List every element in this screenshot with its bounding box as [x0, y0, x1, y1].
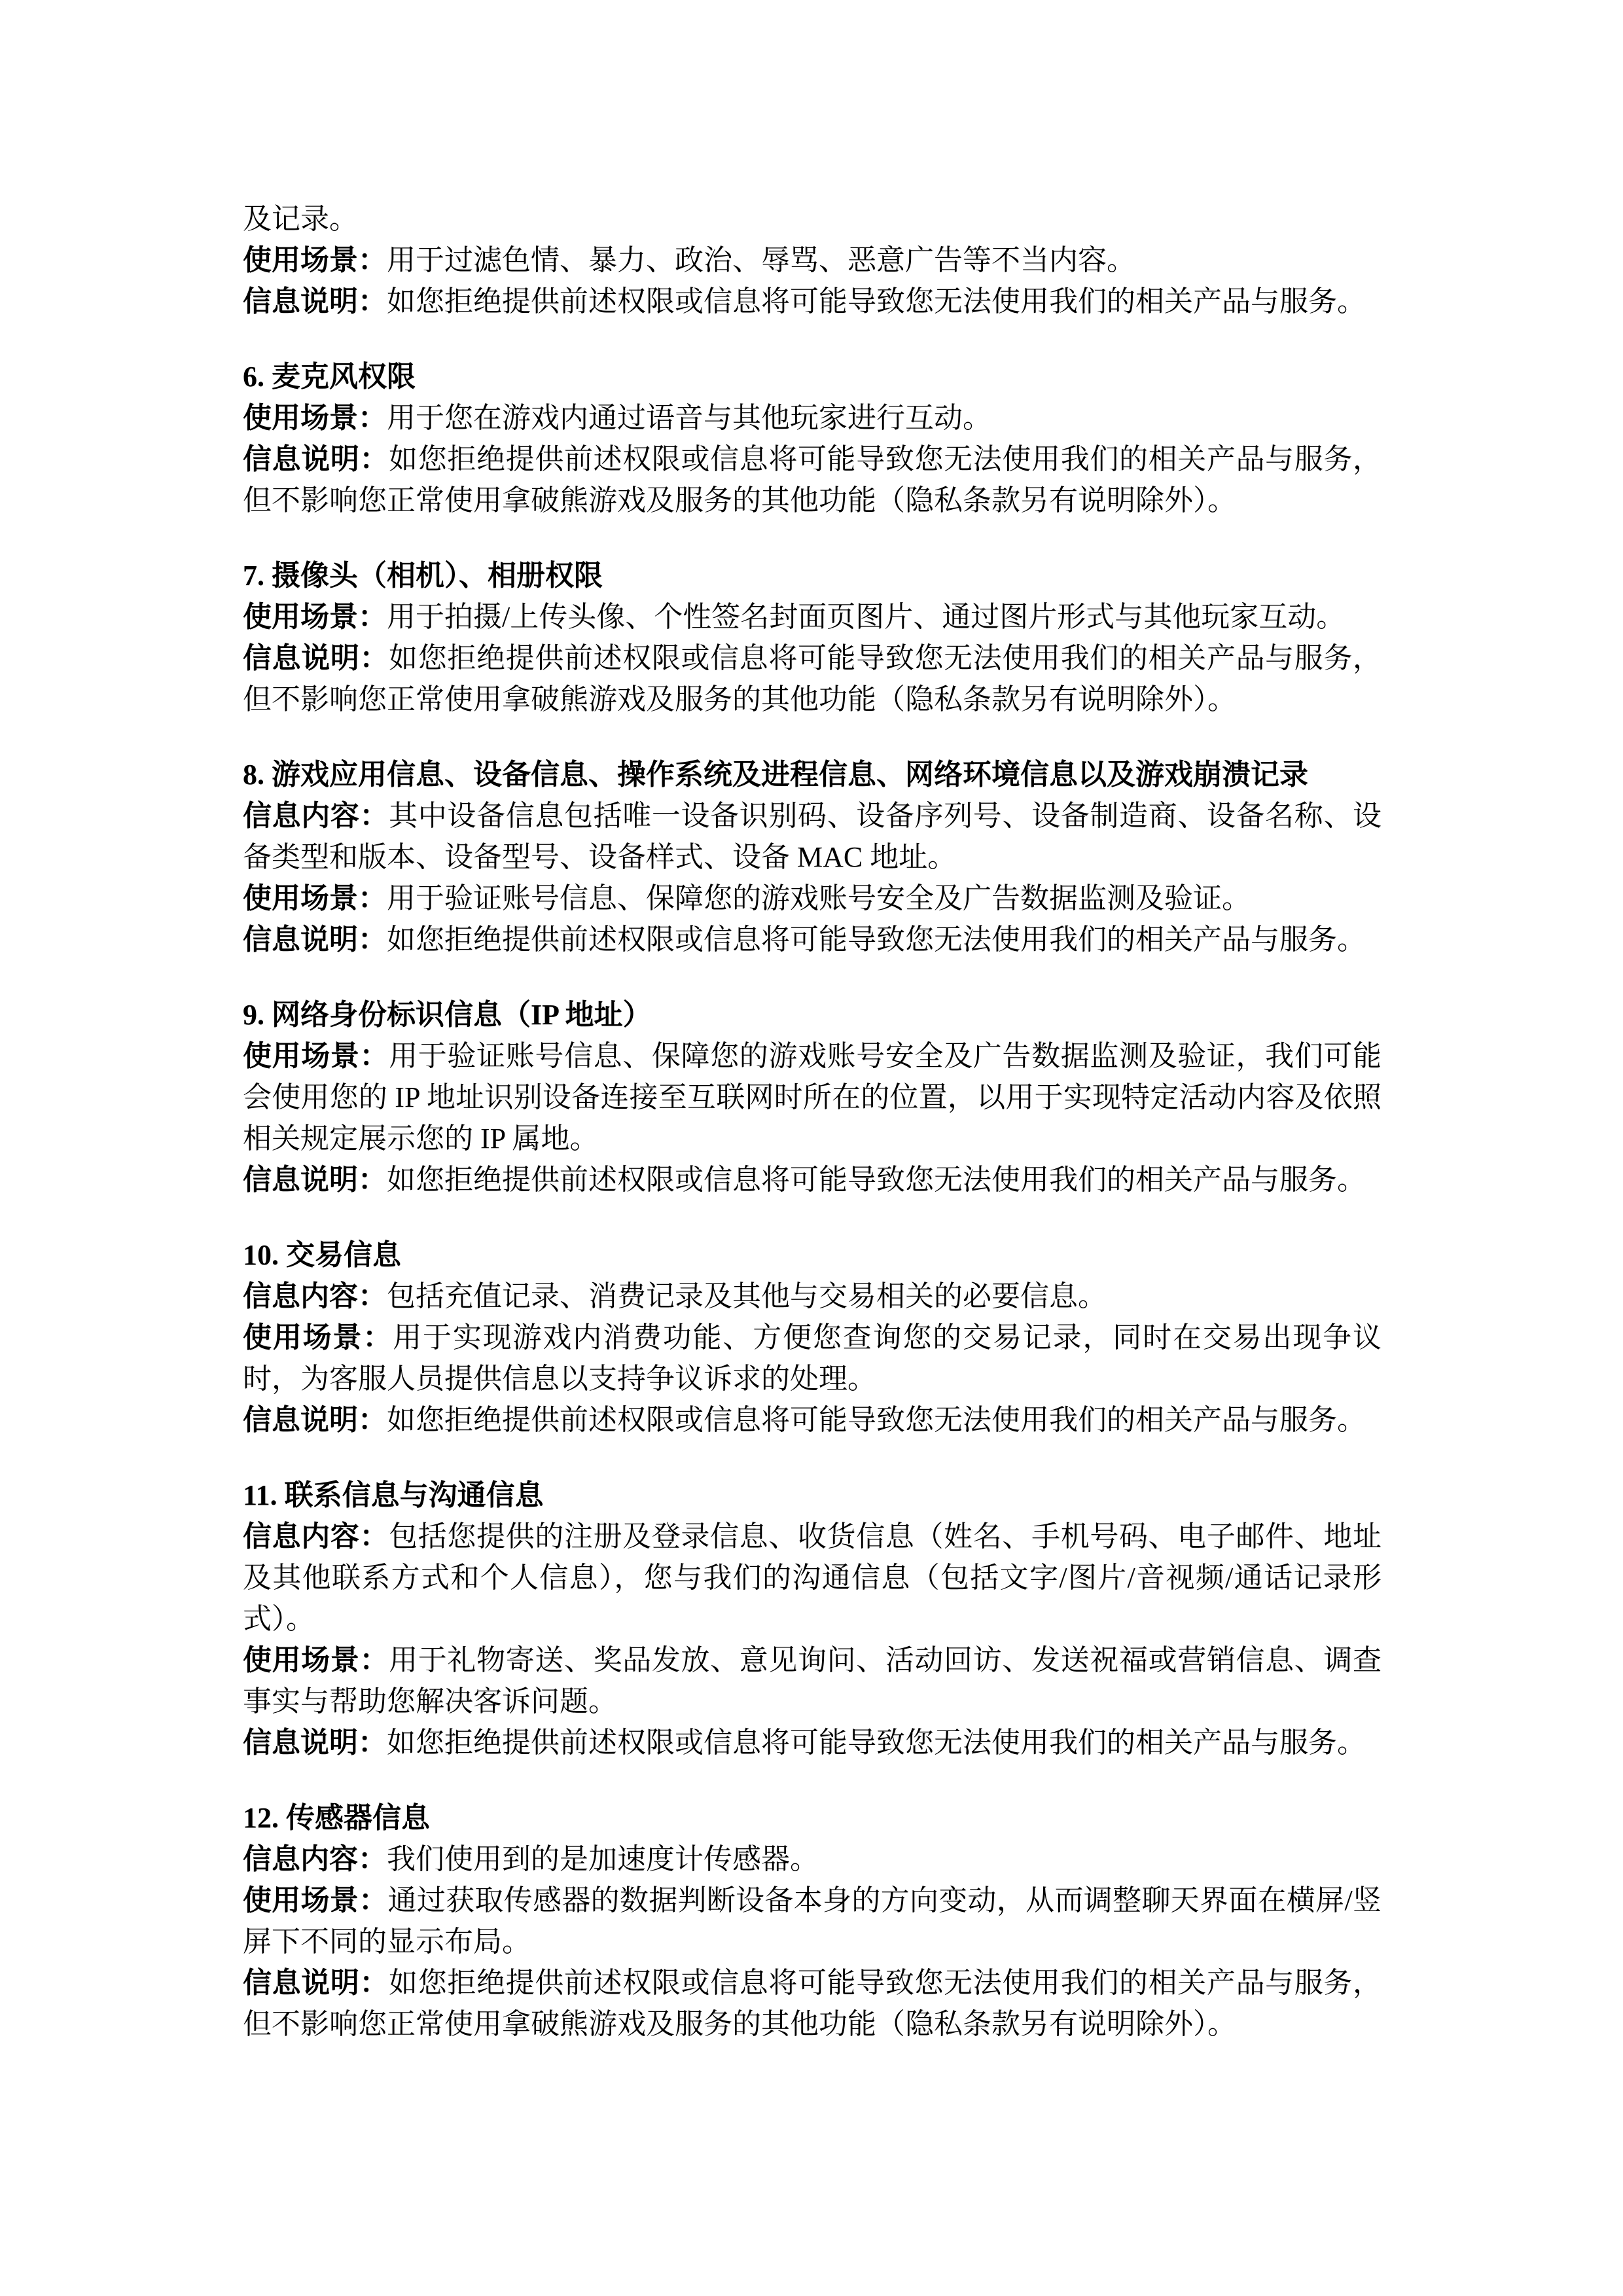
line-label: 使用场景：	[243, 1884, 388, 1916]
section-camera-album: 7. 摄像头（相机）、相册权限 使用场景：用于拍摄/上传头像、个性签名封面页图片…	[243, 555, 1382, 720]
line-label: 信息内容：	[243, 1280, 387, 1312]
line-label: 信息内容：	[243, 1520, 389, 1552]
policy-line: 使用场景：用于您在游戏内通过语音与其他玩家进行互动。	[243, 397, 1382, 439]
line-text: 如您拒绝提供前述权限或信息将可能导致您无法使用我们的相关产品与服务。	[387, 285, 1366, 317]
section-contact-communication: 11. 联系信息与沟通信息 信息内容：包括您提供的注册及登录信息、收货信息（姓名…	[243, 1475, 1382, 1763]
line-label: 信息内容：	[243, 1843, 387, 1875]
section-device-info: 8. 游戏应用信息、设备信息、操作系统及进程信息、网络环境信息以及游戏崩溃记录 …	[243, 754, 1382, 960]
section-network-identity: 9. 网络身份标识信息（IP 地址） 使用场景：用于验证账号信息、保障您的游戏账…	[243, 994, 1382, 1200]
line-text: 如您拒绝提供前述权限或信息将可能导致您无法使用我们的相关产品与服务，但不影响您正…	[243, 1967, 1382, 2040]
line-text: 用于验证账号信息、保障您的游戏账号安全及广告数据监测及验证，我们可能会使用您的 …	[243, 1040, 1382, 1155]
line-text: 通过获取传感器的数据判断设备本身的方向变动，从而调整聊天界面在横屏/竖屏下不同的…	[243, 1884, 1382, 1958]
section-microphone: 6. 麦克风权限 使用场景：用于您在游戏内通过语音与其他玩家进行互动。 信息说明…	[243, 356, 1382, 521]
policy-line: 信息说明：如您拒绝提供前述权限或信息将可能导致您无法使用我们的相关产品与服务。	[243, 281, 1382, 322]
line-text: 用于礼物寄送、奖品发放、意见询问、活动回访、发送祝福或营销信息、调查事实与帮助您…	[243, 1644, 1382, 1717]
line-label: 信息说明：	[243, 1404, 387, 1436]
section-heading: 9. 网络身份标识信息（IP 地址）	[243, 994, 1382, 1035]
line-label: 信息说明：	[243, 642, 389, 674]
section-heading: 11. 联系信息与沟通信息	[243, 1475, 1382, 1516]
line-text: 如您拒绝提供前述权限或信息将可能导致您无法使用我们的相关产品与服务，但不影响您正…	[243, 642, 1382, 715]
policy-line: 信息说明：如您拒绝提供前述权限或信息将可能导致您无法使用我们的相关产品与服务。	[243, 1722, 1382, 1763]
line-label: 使用场景：	[243, 244, 387, 276]
line-label: 使用场景：	[243, 1321, 393, 1354]
section-transaction-info: 10. 交易信息 信息内容：包括充值记录、消费记录及其他与交易相关的必要信息。 …	[243, 1234, 1382, 1441]
line-text: 如您拒绝提供前述权限或信息将可能导致您无法使用我们的相关产品与服务。	[387, 1727, 1366, 1759]
line-text: 用于您在游戏内通过语音与其他玩家进行互动。	[387, 402, 991, 434]
line-text: 及记录。	[243, 203, 358, 235]
line-label: 使用场景：	[243, 1644, 389, 1676]
line-text: 用于拍摄/上传头像、个性签名封面页图片、通过图片形式与其他玩家互动。	[387, 601, 1345, 633]
document-page: 及记录。 使用场景：用于过滤色情、暴力、政治、辱骂、恶意广告等不当内容。 信息说…	[0, 0, 1623, 2296]
section-heading: 6. 麦克风权限	[243, 356, 1382, 397]
section-heading: 8. 游戏应用信息、设备信息、操作系统及进程信息、网络环境信息以及游戏崩溃记录	[243, 754, 1382, 795]
policy-line: 信息说明：如您拒绝提供前述权限或信息将可能导致您无法使用我们的相关产品与服务。	[243, 1159, 1382, 1200]
policy-line: 使用场景：用于过滤色情、暴力、政治、辱骂、恶意广告等不当内容。	[243, 240, 1382, 281]
line-text: 如您拒绝提供前述权限或信息将可能导致您无法使用我们的相关产品与服务。	[387, 924, 1366, 956]
line-text: 我们使用到的是加速度计传感器。	[387, 1843, 819, 1875]
line-label: 使用场景：	[243, 601, 387, 633]
line-label: 信息说明：	[243, 1164, 387, 1196]
policy-line: 使用场景：用于验证账号信息、保障您的游戏账号安全及广告数据监测及验证，我们可能会…	[243, 1035, 1382, 1159]
line-text: 用于验证账号信息、保障您的游戏账号安全及广告数据监测及验证。	[387, 882, 1251, 914]
line-label: 信息说明：	[243, 443, 389, 475]
policy-line: 及记录。	[243, 198, 1382, 240]
policy-line: 信息内容：包括您提供的注册及登录信息、收货信息（姓名、手机号码、电子邮件、地址及…	[243, 1516, 1382, 1640]
line-label: 信息说明：	[243, 924, 387, 956]
line-label: 使用场景：	[243, 882, 387, 914]
section-heading: 7. 摄像头（相机）、相册权限	[243, 555, 1382, 596]
line-text: 其中设备信息包括唯一设备识别码、设备序列号、设备制造商、设备名称、设备类型和版本…	[243, 800, 1382, 873]
line-text: 用于实现游戏内消费功能、方便您查询您的交易记录，同时在交易出现争议时，为客服人员…	[243, 1321, 1382, 1395]
policy-line: 使用场景：用于实现游戏内消费功能、方便您查询您的交易记录，同时在交易出现争议时，…	[243, 1317, 1382, 1399]
policy-line: 信息内容：包括充值记录、消费记录及其他与交易相关的必要信息。	[243, 1276, 1382, 1317]
policy-line: 信息说明：如您拒绝提供前述权限或信息将可能导致您无法使用我们的相关产品与服务。	[243, 1399, 1382, 1441]
line-text: 如您拒绝提供前述权限或信息将可能导致您无法使用我们的相关产品与服务，但不影响您正…	[243, 443, 1382, 516]
line-text: 包括充值记录、消费记录及其他与交易相关的必要信息。	[387, 1280, 1107, 1312]
policy-line: 使用场景：通过获取传感器的数据判断设备本身的方向变动，从而调整聊天界面在横屏/竖…	[243, 1880, 1382, 1962]
policy-line: 信息说明：如您拒绝提供前述权限或信息将可能导致您无法使用我们的相关产品与服务，但…	[243, 1962, 1382, 2045]
policy-line: 信息说明：如您拒绝提供前述权限或信息将可能导致您无法使用我们的相关产品与服务，但…	[243, 439, 1382, 521]
line-label: 使用场景：	[243, 402, 387, 434]
line-label: 信息说明：	[243, 1967, 389, 1999]
line-label: 使用场景：	[243, 1040, 389, 1072]
policy-line: 信息说明：如您拒绝提供前述权限或信息将可能导致您无法使用我们的相关产品与服务。	[243, 919, 1382, 960]
section-heading: 12. 传感器信息	[243, 1797, 1382, 1839]
policy-line: 信息内容：其中设备信息包括唯一设备识别码、设备序列号、设备制造商、设备名称、设备…	[243, 795, 1382, 878]
policy-line: 使用场景：用于礼物寄送、奖品发放、意见询问、活动回访、发送祝福或营销信息、调查事…	[243, 1640, 1382, 1722]
line-text: 如您拒绝提供前述权限或信息将可能导致您无法使用我们的相关产品与服务。	[387, 1164, 1366, 1196]
line-text: 如您拒绝提供前述权限或信息将可能导致您无法使用我们的相关产品与服务。	[387, 1404, 1366, 1436]
policy-line: 使用场景：用于验证账号信息、保障您的游戏账号安全及广告数据监测及验证。	[243, 878, 1382, 919]
line-label: 信息内容：	[243, 800, 389, 832]
line-text: 包括您提供的注册及登录信息、收货信息（姓名、手机号码、电子邮件、地址及其他联系方…	[243, 1520, 1382, 1635]
policy-line: 信息内容：我们使用到的是加速度计传感器。	[243, 1839, 1382, 1880]
section-sensor-info: 12. 传感器信息 信息内容：我们使用到的是加速度计传感器。 使用场景：通过获取…	[243, 1797, 1382, 2045]
line-label: 信息说明：	[243, 1727, 387, 1759]
section-heading: 10. 交易信息	[243, 1234, 1382, 1276]
policy-text-body: 及记录。 使用场景：用于过滤色情、暴力、政治、辱骂、恶意广告等不当内容。 信息说…	[243, 198, 1382, 2045]
policy-line: 使用场景：用于拍摄/上传头像、个性签名封面页图片、通过图片形式与其他玩家互动。	[243, 596, 1382, 637]
policy-line: 信息说明：如您拒绝提供前述权限或信息将可能导致您无法使用我们的相关产品与服务，但…	[243, 637, 1382, 720]
line-text: 用于过滤色情、暴力、政治、辱骂、恶意广告等不当内容。	[387, 244, 1135, 276]
line-label: 信息说明：	[243, 285, 387, 317]
